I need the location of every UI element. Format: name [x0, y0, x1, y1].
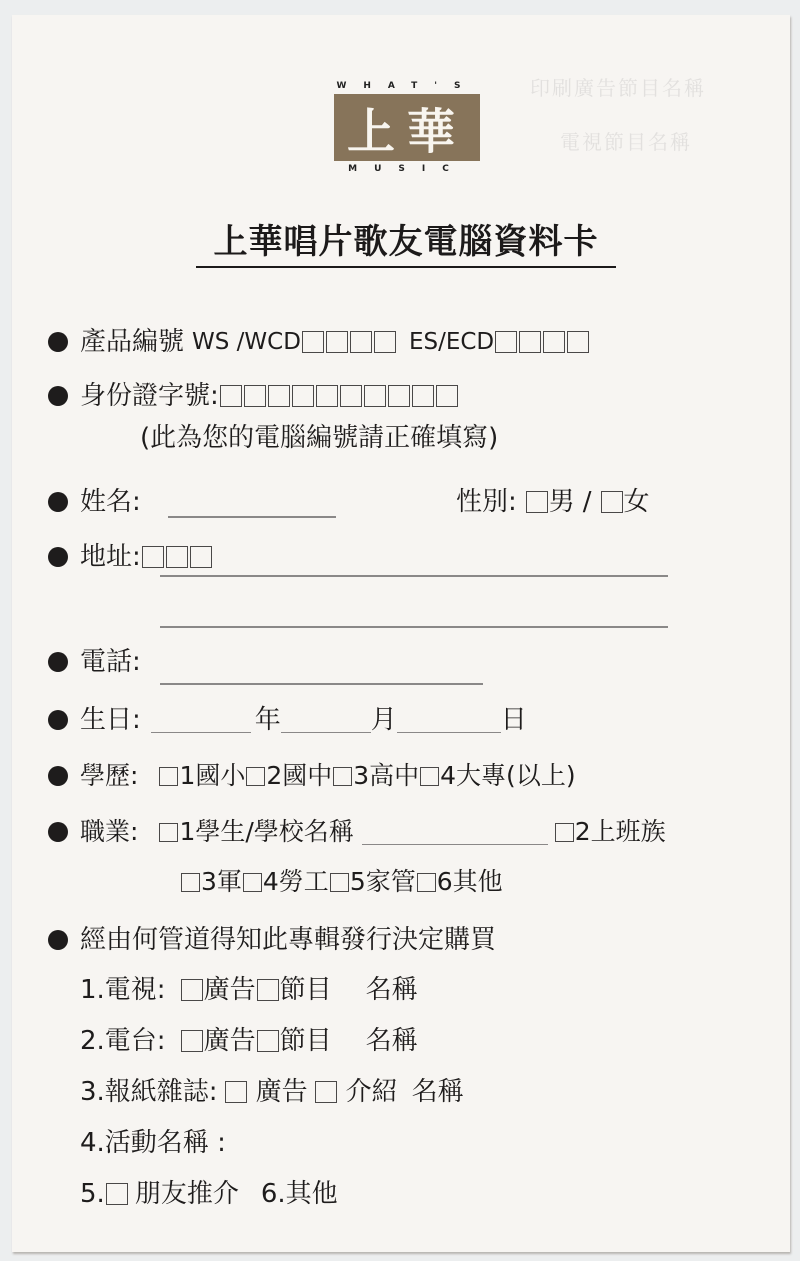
es-code-box-4[interactable] — [567, 331, 589, 353]
es-code-box-1[interactable] — [495, 331, 517, 353]
id-box-6[interactable] — [340, 385, 362, 407]
occupation-checkbox-1[interactable] — [159, 823, 178, 842]
education-option-3: 3高中 — [353, 760, 419, 792]
id-number-label: 身份證字號: — [80, 380, 219, 412]
phone-label: 電話: — [80, 646, 141, 678]
source-press: 3.報紙雜誌: 廣告 介紹 名稱 — [80, 1076, 464, 1108]
bullet-icon — [48, 386, 68, 406]
friend-checkbox[interactable] — [106, 1183, 128, 1205]
registration-card — [12, 15, 790, 1252]
birth-year-input[interactable] — [151, 708, 251, 733]
press-ad-checkbox[interactable] — [225, 1081, 247, 1103]
address-input-line-2[interactable] — [160, 626, 668, 628]
source-radio: 2.電台: 廣告 節目 名稱 — [80, 1025, 418, 1057]
tv-ad-checkbox[interactable] — [181, 979, 203, 1001]
page-title: 上華唱片歌友電腦資料卡 — [196, 214, 616, 263]
address-label: 地址: — [80, 541, 141, 573]
phone-input-line[interactable] — [160, 683, 483, 685]
postal-box-1[interactable] — [142, 546, 164, 568]
bullet-icon — [48, 332, 68, 352]
tv-name-label: 名稱 — [366, 974, 418, 1006]
id-box-2[interactable] — [244, 385, 266, 407]
gender-female-label: 女 — [624, 486, 650, 518]
occupation-option-3: 3軍 — [201, 866, 242, 898]
es-code-box-2[interactable] — [519, 331, 541, 353]
occupation-option-5: 5家管 — [350, 866, 416, 898]
source-tv: 1.電視: 廣告 節目 名稱 — [80, 974, 418, 1006]
gender-male-checkbox[interactable] — [526, 491, 548, 513]
ws-prefix: WS /WCD — [192, 326, 301, 358]
logo-bottom-text: MUSIC — [334, 163, 480, 175]
field-id-number: 身份證字號: — [48, 380, 459, 412]
birth-year-label: 年 — [255, 704, 281, 736]
radio-program-label: 節目 — [280, 1025, 332, 1057]
gender-label: 性別: — [456, 486, 517, 518]
source-press-label: 3.報紙雜誌: — [80, 1076, 218, 1108]
field-birthday: 生日: 年 月 日 — [48, 704, 527, 736]
bullet-icon — [48, 822, 68, 842]
education-checkbox-4[interactable] — [420, 767, 439, 786]
es-code-box-3[interactable] — [543, 331, 565, 353]
name-label: 姓名: — [80, 486, 141, 518]
id-box-3[interactable] — [268, 385, 290, 407]
field-gender: 性別: 男 / 女 — [456, 486, 650, 518]
education-option-4: 4大專(以上) — [440, 760, 575, 792]
field-name: 姓名: — [48, 486, 141, 518]
ws-code-box-3[interactable] — [350, 331, 372, 353]
school-name-input[interactable] — [362, 820, 548, 845]
radio-name-label: 名稱 — [366, 1025, 418, 1057]
logo-mark: 上華 — [334, 94, 480, 161]
birth-month-label: 月 — [371, 704, 397, 736]
id-box-7[interactable] — [364, 385, 386, 407]
source-label: 經由何管道得知此專輯發行決定購買 — [80, 924, 496, 956]
field-phone: 電話: — [48, 646, 141, 678]
occupation-option-2: 2上班族 — [575, 816, 666, 848]
gender-male-label: 男 — [549, 486, 575, 518]
bullet-icon — [48, 930, 68, 950]
es-prefix: ES/ECD — [409, 326, 494, 358]
field-education: 學歷: 1國小 2國中 3高中 4大專(以上) — [48, 760, 576, 792]
birth-day-input[interactable] — [397, 708, 501, 733]
bleed-through-text: 印刷廣告節目名稱 — [530, 72, 706, 101]
education-checkbox-1[interactable] — [159, 767, 178, 786]
address-input-line-1[interactable] — [160, 575, 668, 577]
product-code-label: 產品編號 — [80, 326, 184, 358]
press-intro-label: 介紹 — [346, 1076, 398, 1108]
ws-code-box-2[interactable] — [326, 331, 348, 353]
gender-separator: / — [583, 486, 592, 518]
field-occupation: 職業: 1學生/學校名稱 2上班族 — [48, 816, 666, 848]
source-friend-label: 朋友推介 — [135, 1178, 239, 1210]
field-source: 經由何管道得知此專輯發行決定購買 — [48, 924, 496, 956]
bullet-icon — [48, 652, 68, 672]
id-box-4[interactable] — [292, 385, 314, 407]
field-address: 地址: — [48, 541, 213, 573]
id-box-1[interactable] — [220, 385, 242, 407]
id-box-10[interactable] — [436, 385, 458, 407]
source-event: 4.活動名稱 : — [80, 1127, 226, 1159]
id-box-8[interactable] — [388, 385, 410, 407]
press-name-label: 名稱 — [412, 1076, 464, 1108]
radio-program-checkbox[interactable] — [257, 1030, 279, 1052]
bleed-through-text: 電視節目名稱 — [560, 126, 692, 155]
birth-month-input[interactable] — [281, 708, 371, 733]
postal-box-3[interactable] — [190, 546, 212, 568]
occupation-label: 職業: — [80, 816, 138, 848]
education-option-2: 2國中 — [266, 760, 332, 792]
occupation-checkbox-4[interactable] — [243, 873, 262, 892]
whats-music-logo: WHAT'S 上華 MUSIC — [334, 80, 480, 175]
ws-code-box-4[interactable] — [374, 331, 396, 353]
bullet-icon — [48, 492, 68, 512]
bullet-icon — [48, 710, 68, 730]
source-tv-label: 1.電視: — [80, 974, 166, 1006]
tv-ad-label: 廣告 — [204, 974, 256, 1006]
occupation-option-6: 6其他 — [437, 866, 503, 898]
occupation-checkbox-5[interactable] — [330, 873, 349, 892]
name-input-line[interactable] — [168, 516, 336, 518]
occupation-checkbox-3[interactable] — [181, 873, 200, 892]
radio-ad-checkbox[interactable] — [181, 1030, 203, 1052]
source-friend-prefix: 5. — [80, 1178, 105, 1210]
field-product-code: 產品編號 WS /WCD ES/ECD — [48, 326, 590, 358]
occupation-option-4: 4勞工 — [263, 866, 329, 898]
source-other-label: 6.其他 — [261, 1178, 338, 1210]
press-intro-checkbox[interactable] — [315, 1081, 337, 1103]
occupation-checkbox-2[interactable] — [555, 823, 574, 842]
id-box-5[interactable] — [316, 385, 338, 407]
birthday-label: 生日: — [80, 704, 141, 736]
occupation-checkbox-6[interactable] — [417, 873, 436, 892]
id-number-note: (此為您的電腦編號請正確填寫) — [140, 422, 498, 454]
source-event-label: 4.活動名稱 : — [80, 1127, 226, 1159]
education-option-1: 1國小 — [179, 760, 245, 792]
occupation-options-line-2: 3軍 4勞工 5家管 6其他 — [180, 866, 503, 898]
radio-ad-label: 廣告 — [204, 1025, 256, 1057]
gender-female-checkbox[interactable] — [601, 491, 623, 513]
ws-code-box-1[interactable] — [302, 331, 324, 353]
tv-program-label: 節目 — [280, 974, 332, 1006]
tv-program-checkbox[interactable] — [257, 979, 279, 1001]
id-box-9[interactable] — [412, 385, 434, 407]
logo-top-text: WHAT'S — [334, 80, 480, 92]
postal-box-2[interactable] — [166, 546, 188, 568]
birth-day-label: 日 — [501, 704, 527, 736]
source-friend-other: 5. 朋友推介 6.其他 — [80, 1178, 338, 1210]
occupation-option-1: 1學生/學校名稱 — [179, 816, 353, 848]
press-ad-label: 廣告 — [256, 1076, 308, 1108]
education-label: 學歷: — [80, 760, 138, 792]
education-checkbox-2[interactable] — [246, 767, 265, 786]
title-underline — [196, 266, 616, 268]
bullet-icon — [48, 547, 68, 567]
bullet-icon — [48, 766, 68, 786]
source-radio-label: 2.電台: — [80, 1025, 166, 1057]
education-checkbox-3[interactable] — [333, 767, 352, 786]
